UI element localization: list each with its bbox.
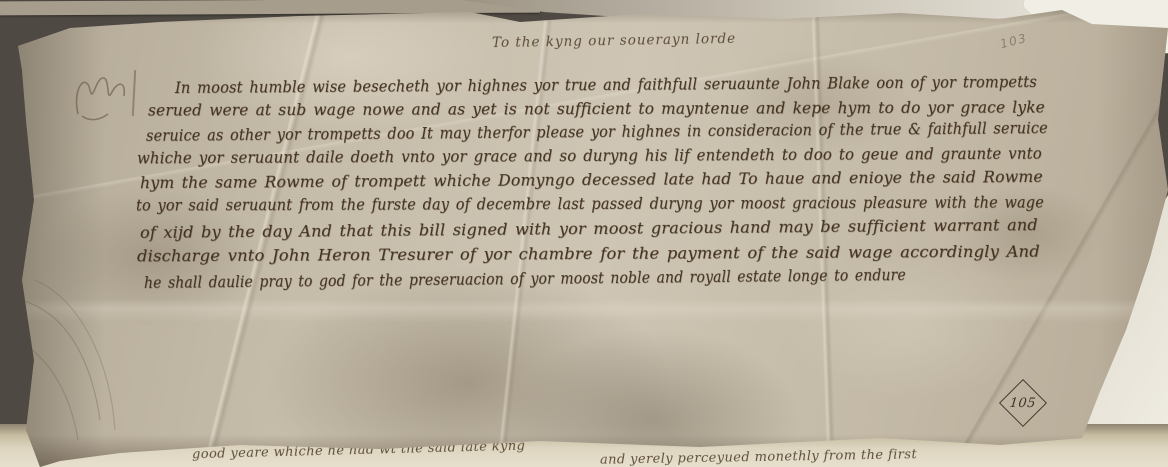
fragment-line: and yerely perceyued monethly from the f… (600, 447, 917, 467)
manuscript-line-6: to yor said seruaunt from the furste day… (136, 192, 1044, 217)
manuscript-line-text: serued were at sub wage nowe and as yet … (148, 98, 1045, 119)
manuscript-line-1: In moost humble wise besecheth yor highn… (175, 72, 1037, 100)
document-heading: To the kyng our souerayn lorde (492, 31, 736, 51)
manuscript-line-9: he shall daulie pray to god for the pres… (144, 265, 906, 295)
manuscript-line-7: of xijd by the day And that this bill si… (140, 215, 1038, 245)
manuscript-line-4: whiche yor seruaunt daile doeth vnto yor… (137, 144, 1042, 171)
manuscript-photo: good yeare whiche he had wt the said lat… (0, 0, 1168, 467)
manuscript-line-text: whiche yor seruaunt daile doeth vnto yor… (137, 145, 1042, 168)
diamond-folio-label: 105 (1009, 395, 1037, 410)
parchment-page: To the kyng our souerayn lorde 103 In mo… (0, 0, 1168, 467)
ink-flourish-mark (70, 52, 140, 132)
manuscript-line-text: he shall daulie pray to god for the pres… (144, 266, 906, 292)
manuscript-line-text: to yor said seruaunt from the furste day… (136, 193, 1044, 214)
manuscript-line-text: seruice as other yor trompetts doo It ma… (146, 119, 1048, 145)
pencil-folio-number: 103 (999, 31, 1029, 51)
manuscript-line-text: In moost humble wise besecheth yor highn… (175, 73, 1037, 97)
manuscript-line-text: of xijd by the day And that this bill si… (140, 216, 1038, 242)
manuscript-line-text: hym the same Rowme of trompett whiche Do… (140, 168, 1043, 192)
diamond-folio-number: 105 (999, 379, 1047, 427)
manuscript-line-text: discharge vnto John Heron Tresurer of yo… (137, 243, 1040, 266)
manuscript-line-5: hym the same Rowme of trompett whiche Do… (140, 167, 1043, 195)
